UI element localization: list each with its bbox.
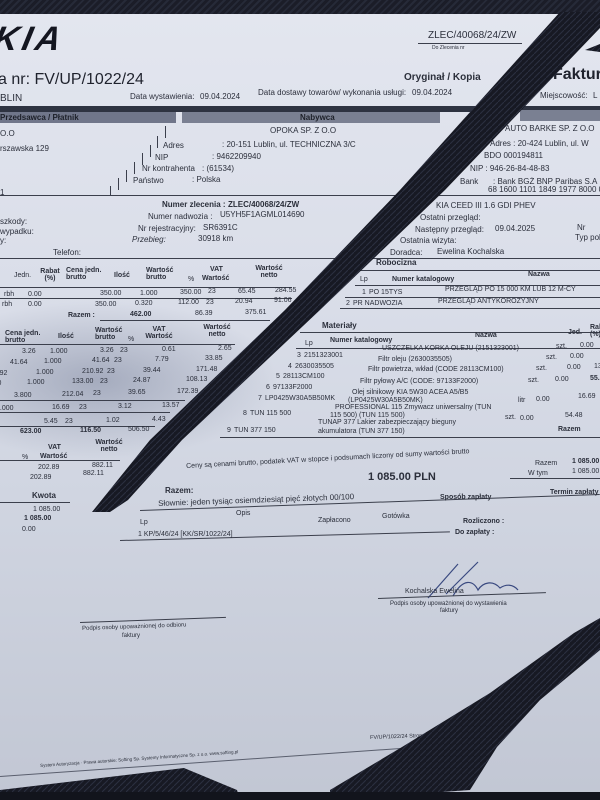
photo-overlay (0, 0, 600, 800)
invoice-photo: KIA ZLEC/40068/24/ZW Do Zlecenia nr a nr… (0, 0, 600, 800)
